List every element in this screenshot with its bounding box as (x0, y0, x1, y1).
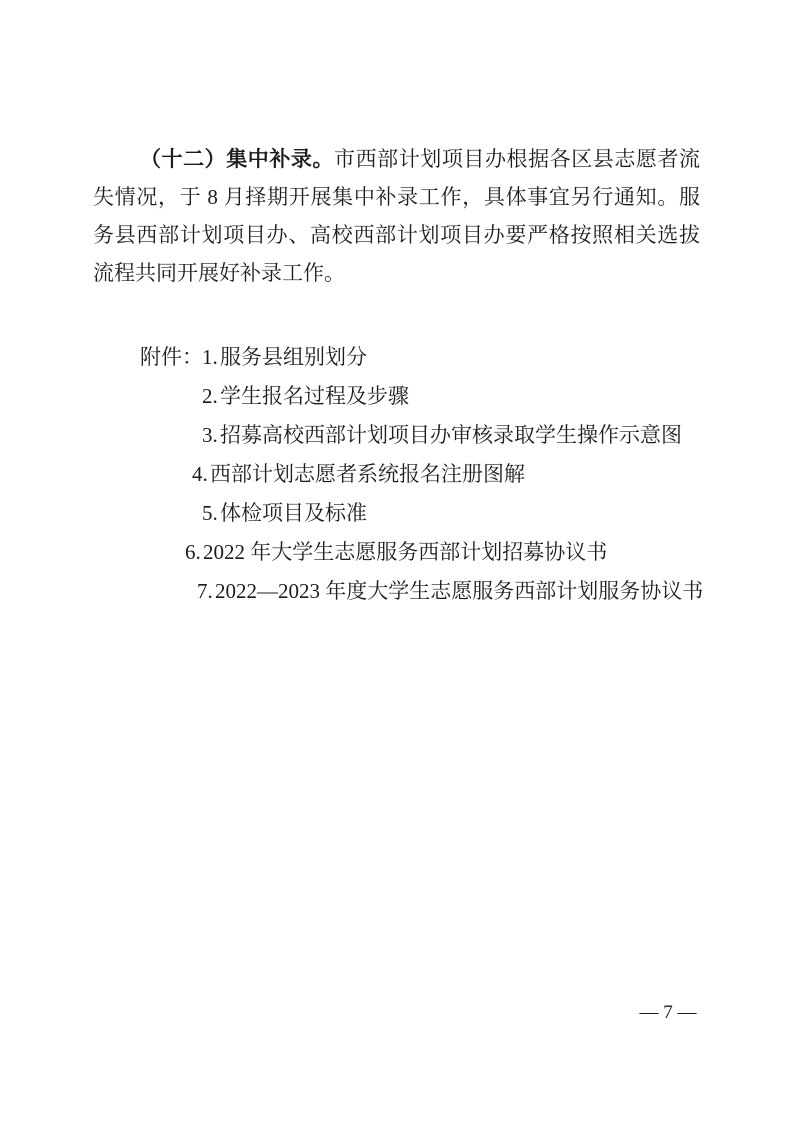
attachment-number: 3. (202, 416, 220, 455)
paragraph-line-1: （十二）集中补录。市西部计划项目办根据各区县志愿者流 (93, 140, 700, 178)
document-page: （十二）集中补录。市西部计划项目办根据各区县志愿者流 失情况，于 8 月择期开展… (0, 0, 793, 1122)
paragraph-line-4: 流程共同开展好补录工作。 (93, 254, 700, 292)
attachment-item: 附件：1.服务县组别划分 (140, 338, 710, 377)
attachment-item: 5.体检项目及标准 (140, 494, 710, 533)
body-paragraph: （十二）集中补录。市西部计划项目办根据各区县志愿者流 失情况，于 8 月择期开展… (93, 140, 700, 292)
paragraph-line-2: 失情况，于 8 月择期开展集中补录工作，具体事宜另行通知。服 (93, 178, 700, 216)
attachment-item: 6.2022 年大学生志愿服务西部计划招募协议书 (140, 533, 710, 572)
attachment-title: 招募高校西部计划项目办审核录取学生操作示意图 (220, 423, 682, 447)
attachment-number: 2. (202, 377, 220, 416)
attachment-item: 3.招募高校西部计划项目办审核录取学生操作示意图 (140, 416, 710, 455)
attachment-number: 5. (202, 494, 220, 533)
attachment-title: 西部计划志愿者系统报名注册图解 (210, 462, 525, 486)
attachment-item: 7.2022—2023 年度大学生志愿服务西部计划服务协议书 (140, 572, 710, 611)
page-number: — 7 — (593, 1002, 743, 1024)
attachments-label: 附件： (140, 338, 202, 377)
attachment-title: 2022 年大学生志愿服务西部计划招募协议书 (203, 540, 607, 564)
attachment-number: 1. (202, 338, 220, 377)
attachment-item: 4.西部计划志愿者系统报名注册图解 (140, 455, 710, 494)
attachment-title: 2022—2023 年度大学生志愿服务西部计划服务协议书 (215, 579, 703, 603)
attachment-number: 4. (192, 455, 210, 494)
section-heading: （十二）集中补录。 (140, 147, 334, 171)
paragraph-line-3: 务县西部计划项目办、高校西部计划项目办要严格按照相关选拔 (93, 216, 700, 254)
attachment-number: 7. (197, 572, 215, 611)
attachments-list: 附件：1.服务县组别划分 2.学生报名过程及步骤 3.招募高校西部计划项目办审核… (140, 338, 710, 611)
attachment-number: 6. (185, 533, 203, 572)
attachment-title: 服务县组别划分 (220, 345, 367, 369)
attachment-title: 学生报名过程及步骤 (220, 384, 409, 408)
attachment-item: 2.学生报名过程及步骤 (140, 377, 710, 416)
paragraph-line-1-text: 市西部计划项目办根据各区县志愿者流 (334, 147, 700, 171)
attachment-title: 体检项目及标准 (220, 501, 367, 525)
